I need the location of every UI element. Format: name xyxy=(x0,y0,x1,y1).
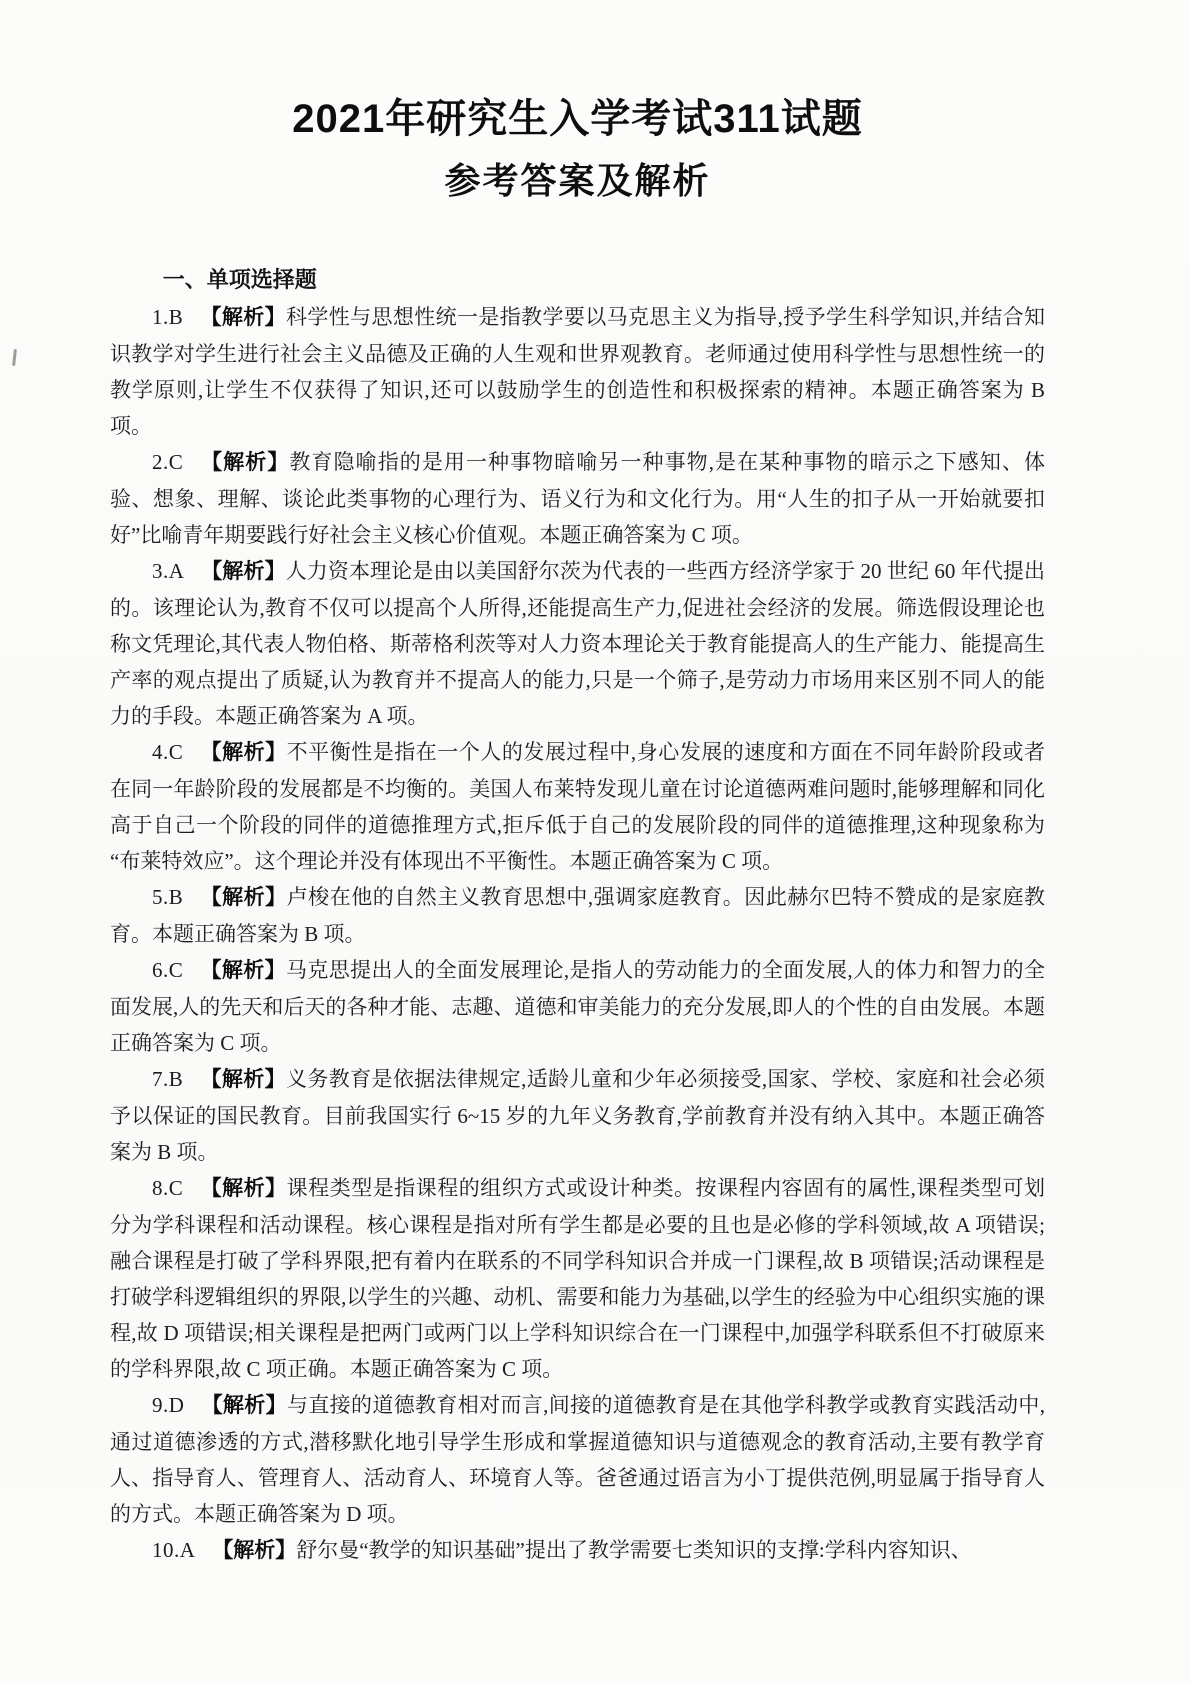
scanned-document-page: 2021年研究生入学考试311试题 参考答案及解析 一、单项选择题 1.B【解析… xyxy=(0,0,1190,1683)
answer-item: 10.A【解析】舒尔曼“教学的知识基础”提出了教学需要七类知识的支撑:学科内容知… xyxy=(110,1532,1045,1569)
item-text: 舒尔曼“教学的知识基础”提出了教学需要七类知识的支撑:学科内容知识、 xyxy=(296,1538,971,1562)
section-heading: 一、单项选择题 xyxy=(110,265,1045,295)
document-title: 2021年研究生入学考试311试题 xyxy=(110,96,1045,142)
analysis-label: 【解析】 xyxy=(200,451,289,474)
item-number: 7.B xyxy=(152,1067,183,1091)
analysis-label: 【解析】 xyxy=(200,959,286,982)
analysis-label: 【解析】 xyxy=(200,741,287,764)
item-number: 4.C xyxy=(152,740,183,764)
document-content: 2021年研究生入学考试311试题 参考答案及解析 一、单项选择题 1.B【解析… xyxy=(110,0,1045,1569)
scan-artifact xyxy=(12,349,17,366)
answer-item: 7.B【解析】义务教育是依据法律规定,适龄儿童和少年必须接受,国家、学校、家庭和… xyxy=(110,1061,1045,1170)
answer-item: 4.C【解析】不平衡性是指在一个人的发展过程中,身心发展的速度和方面在不同年龄阶… xyxy=(110,734,1045,879)
analysis-label: 【解析】 xyxy=(200,886,287,909)
answer-item: 9.D【解析】与直接的道德教育相对而言,间接的道德教育是在其他学科教学或教育实践… xyxy=(110,1387,1045,1532)
item-text: 课程类型是指课程的组织方式或设计种类。按课程内容固有的属性,课程类型可划分为学科… xyxy=(110,1176,1045,1381)
analysis-label: 【解析】 xyxy=(201,560,285,583)
analysis-label: 【解析】 xyxy=(212,1539,296,1562)
item-number: 3.A xyxy=(152,559,184,583)
answer-item: 8.C【解析】课程类型是指课程的组织方式或设计种类。按课程内容固有的属性,课程类… xyxy=(110,1170,1045,1387)
item-number: 6.C xyxy=(152,958,183,982)
answer-item: 3.A【解析】人力资本理论是由以美国舒尔茨为代表的一些西方经济学家于 20 世纪… xyxy=(110,553,1045,734)
analysis-label: 【解析】 xyxy=(201,1394,287,1417)
item-number: 2.C xyxy=(152,450,183,474)
analysis-label: 【解析】 xyxy=(200,1177,287,1200)
answer-item: 6.C【解析】马克思提出人的全面发展理论,是指人的劳动能力的全面发展,人的体力和… xyxy=(110,952,1045,1061)
answer-item: 2.C【解析】教育隐喻指的是用一种事物暗喻另一种事物,是在某种事物的暗示之下感知… xyxy=(110,444,1045,553)
item-number: 5.B xyxy=(152,885,183,909)
analysis-label: 【解析】 xyxy=(200,1068,286,1091)
answer-item: 1.B【解析】科学性与思想性统一是指教学要以马克思主义为指导,授予学生科学知识,… xyxy=(110,299,1045,444)
document-subtitle: 参考答案及解析 xyxy=(110,160,1045,201)
answer-item: 5.B【解析】卢梭在他的自然主义教育思想中,强调家庭教育。因此赫尔巴特不赞成的是… xyxy=(110,879,1045,952)
analysis-label: 【解析】 xyxy=(200,306,286,329)
item-number: 8.C xyxy=(152,1176,183,1200)
item-text: 人力资本理论是由以美国舒尔茨为代表的一些西方经济学家于 20 世纪 60 年代提… xyxy=(110,559,1045,728)
item-number: 1.B xyxy=(152,305,183,329)
item-number: 9.D xyxy=(152,1393,184,1417)
answer-list: 1.B【解析】科学性与思想性统一是指教学要以马克思主义为指导,授予学生科学知识,… xyxy=(110,299,1045,1569)
item-number: 10.A xyxy=(152,1538,195,1562)
